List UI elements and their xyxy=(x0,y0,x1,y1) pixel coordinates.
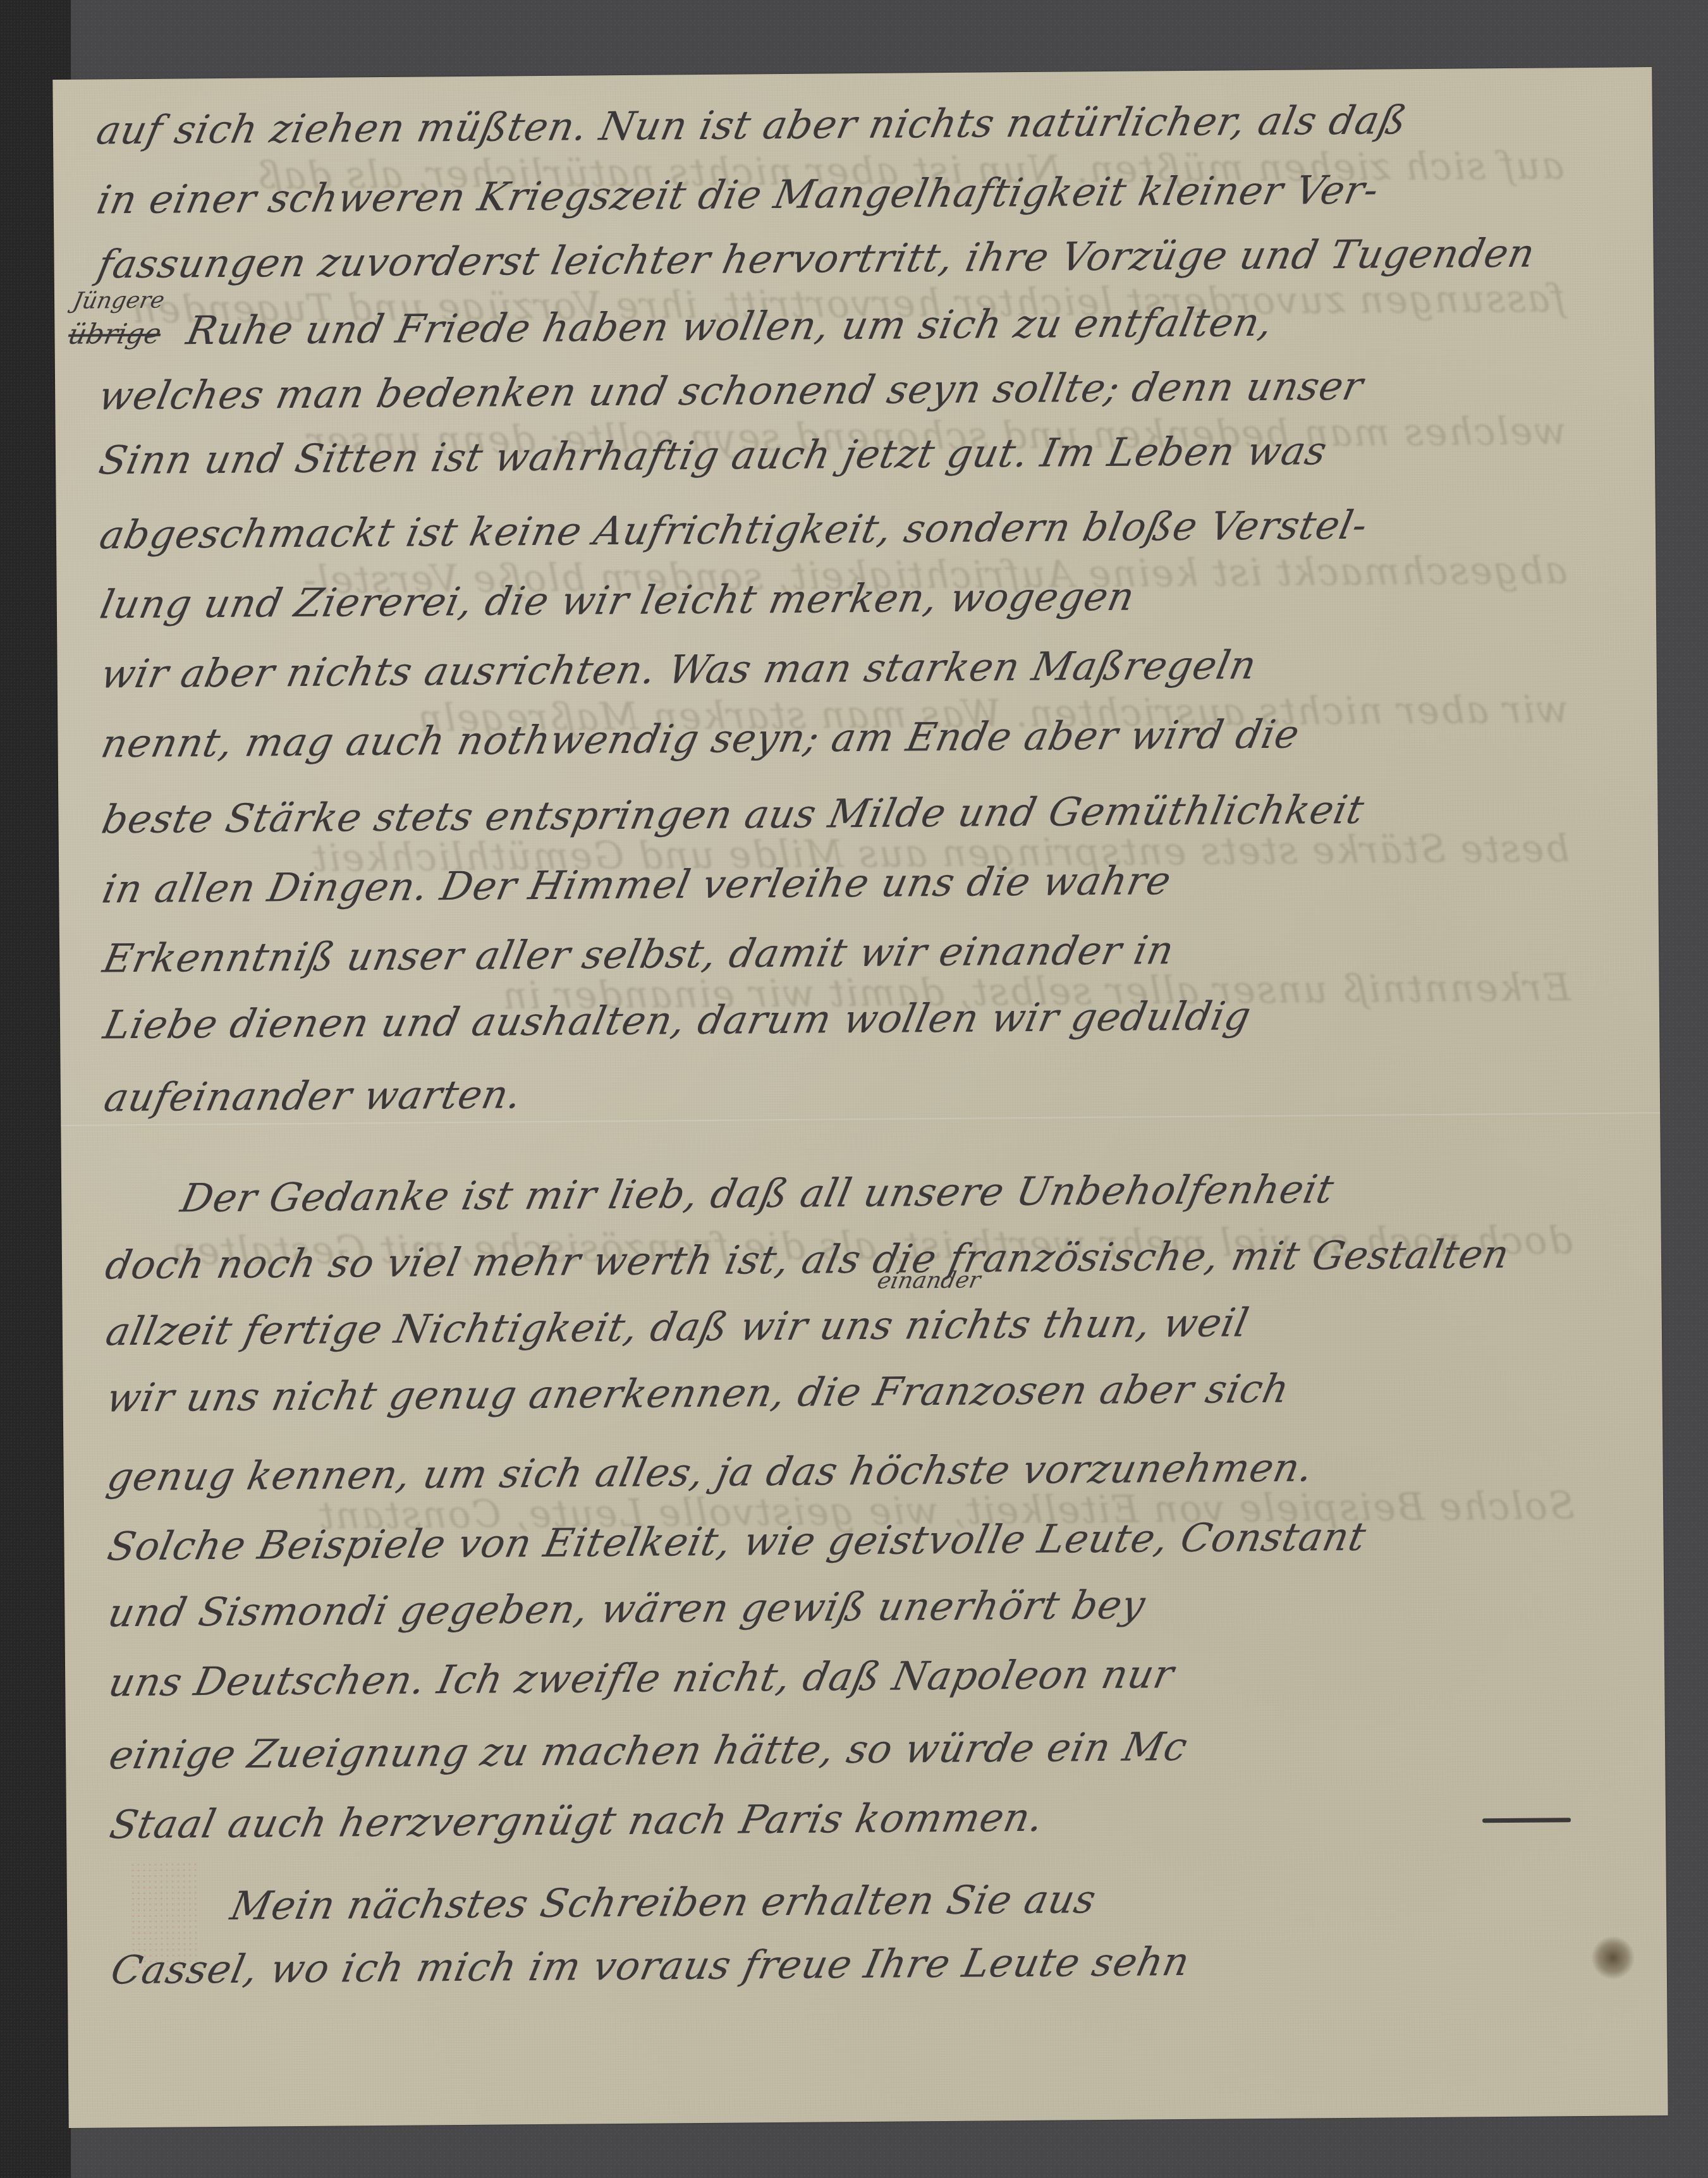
ink-blot xyxy=(1590,1935,1635,1980)
superscript-insertion: einander xyxy=(875,1267,983,1294)
letter-line-24: einige Zueignung zu machen hätte, so wür… xyxy=(106,1727,1191,1775)
letter-line-1: auf sich ziehen müßten. Nun ist aber nic… xyxy=(94,101,1410,150)
letter-page: auf sich ziehen müßten. Nun ist aber nic… xyxy=(52,67,1668,2128)
letter-line-7: abgeschmackt ist keine Aufrichtigkeit, s… xyxy=(97,506,1371,555)
letter-line-2: in einer schweren Kriegszeit die Mangelh… xyxy=(94,170,1382,219)
struck-through-word: übrige xyxy=(65,318,164,351)
letter-line-9: wir aber nichts ausrichten. Was man star… xyxy=(97,645,1260,694)
letter-line-25: Staal auch herzvergnügt nach Paris komme… xyxy=(107,1798,1047,1845)
letter-line-12: in allen Dingen. Der Himmel verleihe uns… xyxy=(99,861,1174,909)
closing-dash xyxy=(1482,1818,1571,1823)
inserted-word-above: Jüngere xyxy=(71,288,167,314)
letter-line-14: Liebe dienen und aushalten, darum wollen… xyxy=(101,996,1255,1044)
letter-line-20: genug kennen, um sich alles, ja das höch… xyxy=(104,1448,1317,1496)
letter-line-17: doch noch so viel mehr werth ist, als di… xyxy=(102,1235,1513,1285)
letter-line-26-paragraph-start: Mein nächstes Schreiben erhalten Sie aus xyxy=(228,1880,1100,1926)
letter-line-3: fassungen zuvorderst leichter hervortrit… xyxy=(94,234,1539,284)
letter-line-8: lung und Ziererei, die wir leicht merken… xyxy=(97,577,1138,625)
letter-line-5: welches man bedenken und schonend seyn s… xyxy=(95,367,1367,416)
letter-line-11: beste Stärke stets entspringen aus Milde… xyxy=(99,790,1367,840)
letter-line-10: nennt, mag auch nothwendig seyn; am Ende… xyxy=(98,714,1303,763)
letter-line-6: Sinn und Sitten ist wahrhaftig auch jetz… xyxy=(96,431,1331,480)
letter-line-23: uns Deutschen. Ich zweifle nicht, daß Na… xyxy=(106,1655,1178,1702)
letter-line-27: Cassel, wo ich mich im voraus freue Ihre… xyxy=(107,1942,1193,1990)
letter-line-4: Ruhe und Friede haben wollen, um sich zu… xyxy=(183,303,1276,351)
letter-line-15: aufeinander warten. xyxy=(101,1075,526,1117)
letter-line-22: und Sismondi gegeben, wären gewiß unerhö… xyxy=(105,1585,1149,1632)
letter-line-18: allzeit fertige Nichtigkeit, daß wir uns… xyxy=(103,1303,1253,1351)
letter-line-13: Erkenntniß unser aller selbst, damit wir… xyxy=(100,931,1178,978)
letter-line-19: wir uns nicht genug anerkennen, die Fran… xyxy=(103,1369,1293,1418)
letter-line-21: Solche Beispiele von Eitelkeit, wie geis… xyxy=(104,1517,1369,1567)
letter-line-16-paragraph-start: Der Gedanke ist mir lieb, daß all unsere… xyxy=(178,1170,1338,1218)
